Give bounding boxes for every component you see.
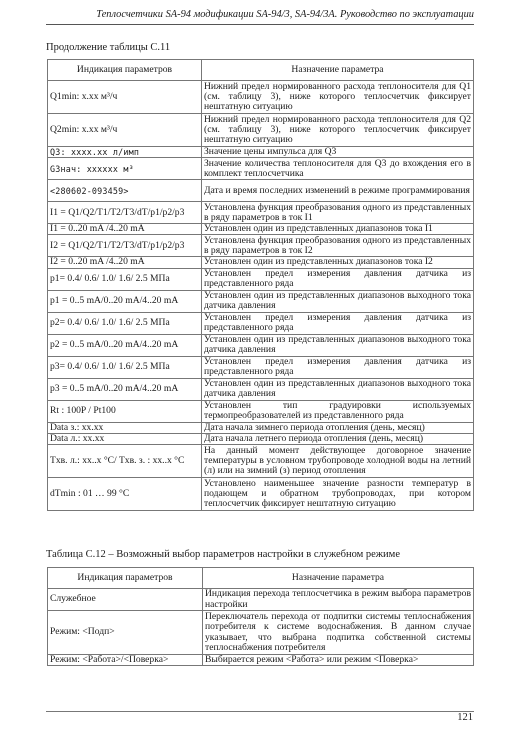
cell-indication: I2 = Q1/Q2/T1/T2/T3/dT/p1/p2/p3	[48, 235, 202, 257]
cell-indication: <280602-093459>	[48, 180, 202, 202]
cell-indication: Q1min: x.xx м³/ч	[48, 81, 202, 114]
cell-purpose: Установлен предел измерения давления дат…	[202, 312, 474, 334]
cell-purpose: Выбирается режим <Работа> или режим <Пов…	[203, 655, 474, 666]
footer-divider	[46, 711, 474, 712]
cell-indication: p2= 0.4/ 0.6/ 1.0/ 1.6/ 2.5 МПа	[48, 312, 202, 334]
cell-purpose: Дата начала зимнего периода отопления (д…	[202, 422, 474, 433]
table-row: Data л.: xx.xxДата начала летнего период…	[48, 433, 474, 444]
cell-purpose: Установлено наименьшее значение разности…	[202, 478, 474, 511]
cell-indication: Rt : 100P / Pt100	[48, 400, 202, 422]
table-c12-caption: Таблица С.12 – Возможный выбор параметро…	[46, 548, 400, 561]
table-row: I2 = Q1/Q2/T1/T2/T3/dT/p1/p2/p3Установле…	[48, 235, 474, 257]
cell-indication: p2 = 0..5 mA/0..20 mA/4..20 mA	[48, 334, 202, 356]
table-row: p3 = 0..5 mA/0..20 mA/4..20 mAУстановлен…	[48, 378, 474, 400]
table-c12: Индикация параметров Назначение параметр…	[47, 567, 474, 666]
cell-indication: Режим: <Работа>/<Поверка>	[48, 655, 203, 666]
column-header-purpose: Назначение параметра	[202, 60, 474, 81]
cell-purpose: Дата начала летнего периода отопления (д…	[202, 433, 474, 444]
cell-purpose: Установлен один из представленных диапаз…	[202, 257, 474, 268]
table-row: p1= 0.4/ 0.6/ 1.0/ 1.6/ 2.5 МПаУстановле…	[48, 268, 474, 290]
cell-indication: I1 = 0..20 mA /4..20 mA	[48, 224, 202, 235]
table-row: Q1min: x.xx м³/чНижний предел нормирован…	[48, 81, 474, 114]
cell-purpose: Установлен один из представленных диапаз…	[202, 224, 474, 235]
cell-purpose: Установлен один из представленных диапаз…	[202, 378, 474, 400]
table-c11: Индикация параметров Назначение параметр…	[47, 59, 474, 511]
cell-indication: I1 = Q1/Q2/T1/T2/T3/dT/p1/p2/p3	[48, 202, 202, 224]
table-row: p3= 0.4/ 0.6/ 1.0/ 1.6/ 2.5 МПаУстановле…	[48, 356, 474, 378]
cell-purpose: Нижний предел нормированного расхода теп…	[202, 114, 474, 147]
cell-purpose: Установлен тип градуировки используемых …	[202, 400, 474, 422]
cell-purpose: Индикация перехода теплосчетчика в режим…	[203, 589, 474, 611]
cell-purpose: На данный момент действующее договорное …	[202, 445, 474, 478]
cell-purpose: Переключатель перехода от подпитки систе…	[203, 611, 474, 655]
cell-purpose: Значение количества теплоносителя для Q3…	[202, 158, 474, 180]
table-row: Режим: <Подп>Переключатель перехода от п…	[48, 611, 474, 655]
cell-purpose: Установлен предел измерения давления дат…	[202, 268, 474, 290]
table-header-row: Индикация параметров Назначение параметр…	[48, 60, 474, 81]
document-header: Теплосчетчики SA-94 модификации SA-94/3,…	[46, 8, 474, 25]
table-row: I1 = Q1/Q2/T1/T2/T3/dT/p1/p2/p3Установле…	[48, 202, 474, 224]
cell-indication: Режим: <Подп>	[48, 611, 203, 655]
table-row: Q3: xxxx.xx л/импЗначение цены импульса …	[48, 147, 474, 158]
table-row: Data з.: xx.xxДата начала зимнего период…	[48, 422, 474, 433]
cell-purpose: Значение цены импульса для Q3	[202, 147, 474, 158]
cell-indication: p1= 0.4/ 0.6/ 1.0/ 1.6/ 2.5 МПа	[48, 268, 202, 290]
table-row: СлужебноеИндикация перехода теплосчетчик…	[48, 589, 474, 611]
cell-purpose: Установлена функция преобразования одног…	[202, 235, 474, 257]
cell-purpose: Нижний предел нормированного расхода теп…	[202, 81, 474, 114]
column-header-indication: Индикация параметров	[48, 568, 203, 589]
table-c11-caption: Продолжение таблицы С.11	[46, 41, 170, 54]
page-number: 121	[457, 712, 473, 723]
table-c11-body: Q1min: x.xx м³/чНижний предел нормирован…	[48, 81, 474, 511]
cell-indication: Q2min: x.xx м³/ч	[48, 114, 202, 147]
cell-indication: dTmin : 01 … 99 °C	[48, 478, 202, 511]
cell-purpose: Дата и время последних изменений в режим…	[202, 180, 474, 202]
cell-indication: G3нач: xxxxxx м³	[48, 158, 202, 180]
table-row: Txв. л.: xx..x °C/ Txв. з. : xx..x °CНа …	[48, 445, 474, 478]
table-row: I1 = 0..20 mA /4..20 mAУстановлен один и…	[48, 224, 474, 235]
cell-indication: p1 = 0..5 mA/0..20 mA/4..20 mA	[48, 290, 202, 312]
table-row: I2 = 0..20 mA /4..20 mAУстановлен один и…	[48, 257, 474, 268]
cell-purpose: Установлена функция преобразования одног…	[202, 202, 474, 224]
column-header-purpose: Назначение параметра	[203, 568, 474, 589]
table-c12-body: СлужебноеИндикация перехода теплосчетчик…	[48, 589, 474, 666]
cell-purpose: Установлен один из представленных диапаз…	[202, 334, 474, 356]
cell-indication: p3 = 0..5 mA/0..20 mA/4..20 mA	[48, 378, 202, 400]
table-row: p1 = 0..5 mA/0..20 mA/4..20 mAУстановлен…	[48, 290, 474, 312]
cell-indication: p3= 0.4/ 0.6/ 1.0/ 1.6/ 2.5 МПа	[48, 356, 202, 378]
cell-indication: Служебное	[48, 589, 203, 611]
cell-indication: Data л.: xx.xx	[48, 433, 202, 444]
cell-indication: Data з.: xx.xx	[48, 422, 202, 433]
table-row: <280602-093459>Дата и время последних из…	[48, 180, 474, 202]
table-row: Rt : 100P / Pt100Установлен тип градуиро…	[48, 400, 474, 422]
cell-indication: I2 = 0..20 mA /4..20 mA	[48, 257, 202, 268]
cell-indication: Q3: xxxx.xx л/имп	[48, 147, 202, 158]
table-header-row: Индикация параметров Назначение параметр…	[48, 568, 474, 589]
table-row: G3нач: xxxxxx м³Значение количества тепл…	[48, 158, 474, 180]
cell-purpose: Установлен один из представленных диапаз…	[202, 290, 474, 312]
cell-indication: Txв. л.: xx..x °C/ Txв. з. : xx..x °C	[48, 445, 202, 478]
table-row: p2 = 0..5 mA/0..20 mA/4..20 mAУстановлен…	[48, 334, 474, 356]
table-row: p2= 0.4/ 0.6/ 1.0/ 1.6/ 2.5 МПаУстановле…	[48, 312, 474, 334]
column-header-indication: Индикация параметров	[48, 60, 202, 81]
cell-purpose: Установлен предел измерения давления дат…	[202, 356, 474, 378]
table-row: Режим: <Работа>/<Поверка>Выбирается режи…	[48, 655, 474, 666]
table-row: Q2min: x.xx м³/чНижний предел нормирован…	[48, 114, 474, 147]
table-row: dTmin : 01 … 99 °CУстановлено наименьшее…	[48, 478, 474, 511]
